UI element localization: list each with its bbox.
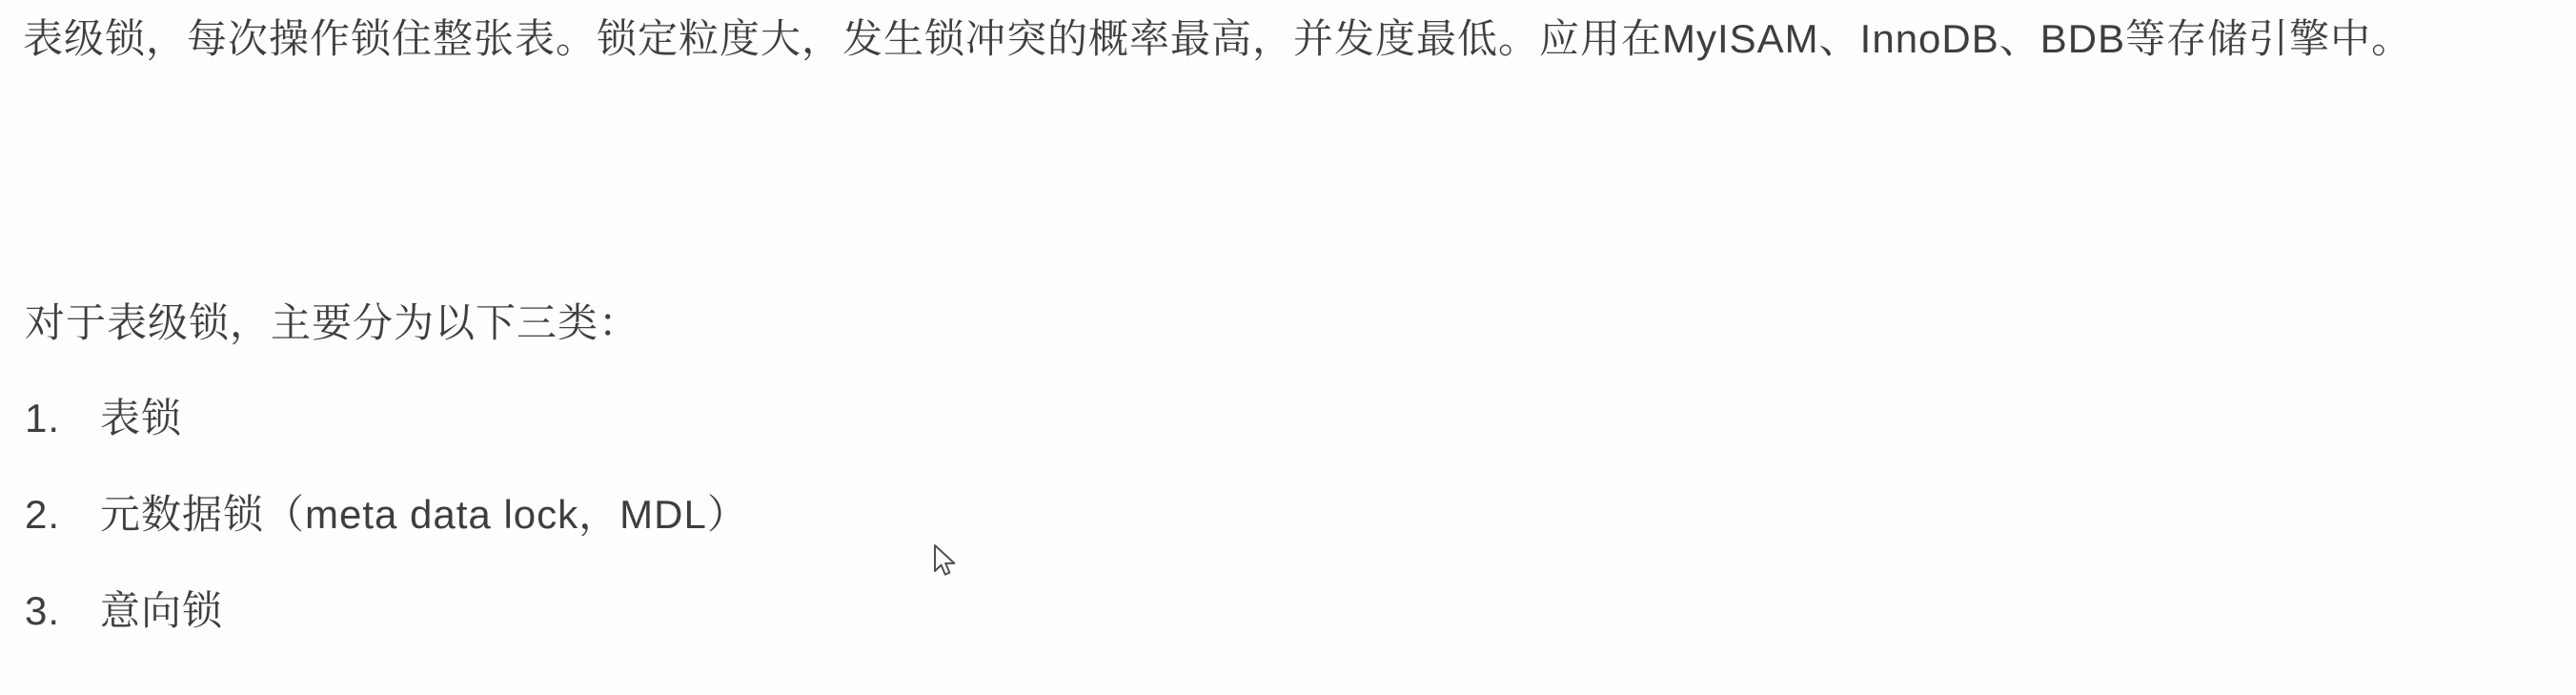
- list-item-metadata-lock: 2.元数据锁（meta data lock，MDL）: [25, 493, 748, 537]
- document-page: 表级锁，每次操作锁住整张表。锁定粒度大，发生锁冲突的概率最高，并发度最低。应用在…: [0, 0, 2576, 695]
- list-number: 1.: [25, 397, 100, 440]
- list-item-label: 意向锁: [100, 588, 223, 633]
- list-number: 3.: [25, 589, 100, 633]
- list-item-table-lock: 1.表锁: [25, 397, 182, 440]
- paragraph-table-lock-intro: 表级锁，每次操作锁住整张表。锁定粒度大，发生锁冲突的概率最高，并发度最低。应用在…: [23, 17, 2412, 61]
- list-item-label: 元数据锁（meta data lock，MDL）: [100, 492, 748, 537]
- mouse-cursor-icon: [932, 543, 958, 581]
- paragraph-list-lead: 对于表级锁，主要分为以下三类：: [25, 301, 639, 345]
- list-number: 2.: [25, 493, 100, 537]
- list-item-intention-lock: 3.意向锁: [25, 589, 223, 633]
- list-item-label: 表锁: [100, 396, 182, 440]
